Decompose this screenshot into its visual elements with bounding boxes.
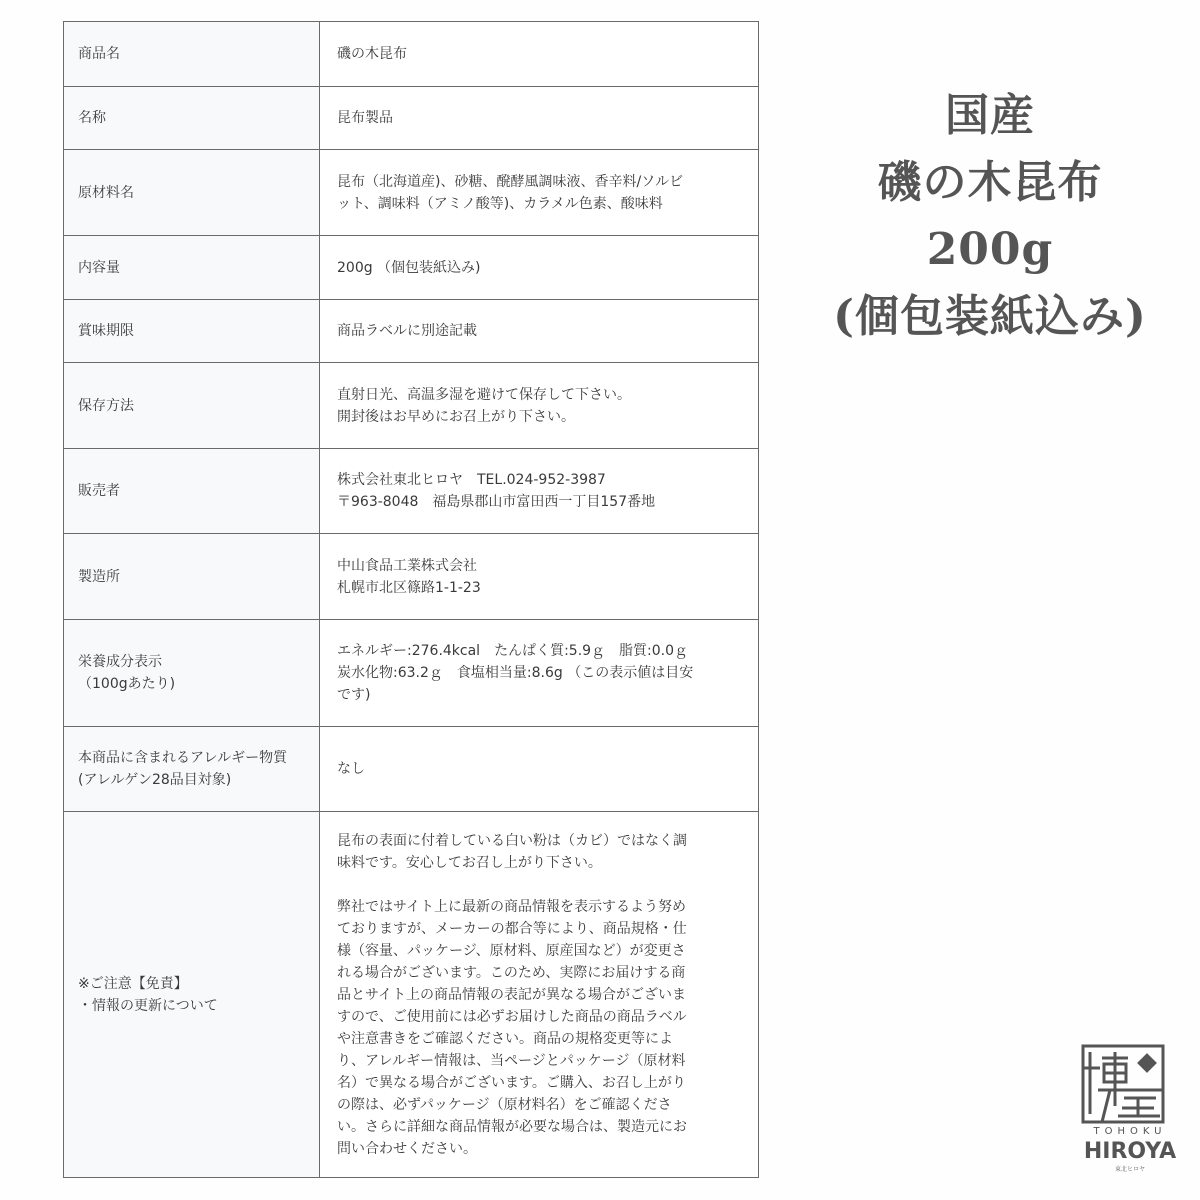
spec-value: 昆布（北海道産)、砂糖、醗酵風調味液、香辛料/ソルビット、調味料（アミノ酸等)、…: [320, 150, 759, 236]
spec-label-line: 名称: [78, 107, 304, 129]
spec-row: 栄養成分表示（100gあたり)エネルギー:276.4kcal たんぱく質:5.9…: [64, 620, 759, 727]
spec-value-line: 昆布製品: [337, 107, 740, 129]
spec-value-line: 磯の木昆布: [337, 43, 740, 65]
spec-label: 名称: [64, 87, 320, 150]
spec-value-line: ておりますが、メーカーの都合等により、商品規格・仕: [337, 918, 740, 940]
spec-table-body: 商品名磯の木昆布名称昆布製品原材料名昆布（北海道産)、砂糖、醗酵風調味液、香辛料…: [64, 22, 759, 1178]
spec-value-line: 昆布の表面に付着している白い粉は（カビ）ではなく調: [337, 830, 740, 852]
headline-packaging-note: (個包装紙込み): [800, 283, 1180, 350]
spec-value-line: 問い合わせください。: [337, 1138, 740, 1160]
spec-label-line: ・情報の更新について: [78, 995, 304, 1017]
spec-value-line: 中山食品工業株式会社: [337, 555, 740, 577]
spec-row: 本商品に含まれるアレルギー物質(アレルゲン28品目対象)なし: [64, 727, 759, 812]
spec-label-line: 賞味期限: [78, 320, 304, 342]
spec-value: 直射日光、高温多湿を避けて保存して下さい。開封後はお早めにお召上がり下さい。: [320, 363, 759, 449]
spec-row: 原材料名昆布（北海道産)、砂糖、醗酵風調味液、香辛料/ソルビット、調味料（アミノ…: [64, 150, 759, 236]
spec-value-line: い。さらに詳細な商品情報が必要な場合は、製造元にお: [337, 1116, 740, 1138]
spec-label-line: ※ご注意【免責】: [78, 973, 304, 995]
spec-row: ※ご注意【免責】・情報の更新について昆布の表面に付着している白い粉は（カビ）では…: [64, 812, 759, 1178]
spec-label-line: (アレルゲン28品目対象): [78, 769, 304, 791]
headline-origin: 国産: [800, 82, 1180, 149]
spec-value: 商品ラベルに別途記載: [320, 300, 759, 363]
spec-value: 磯の木昆布: [320, 22, 759, 87]
spec-value-line: れる場合がございます。このため、実際にお届けする商: [337, 962, 740, 984]
spec-value-line: エネルギー:276.4kcal たんぱく質:5.9ｇ 脂質:0.0ｇ: [337, 640, 740, 662]
spec-label-line: 原材料名: [78, 182, 304, 204]
spec-value-line: や注意書きをご確認ください。商品の規格変更等によ: [337, 1028, 740, 1050]
spec-row: 商品名磯の木昆布: [64, 22, 759, 87]
spec-row: 製造所中山食品工業株式会社札幌市北区篠路1-1-23: [64, 534, 759, 620]
spec-row: 内容量200g （個包装紙込み): [64, 236, 759, 300]
spec-value: なし: [320, 727, 759, 812]
headline-weight: 200g: [800, 216, 1180, 283]
spec-label-line: （100gあたり): [78, 673, 304, 695]
product-headline: 国産 磯の木昆布 200g (個包装紙込み): [800, 82, 1180, 350]
hiroya-mark-icon: [1080, 1044, 1180, 1124]
spec-value-line: 炭水化物:63.2ｇ 食塩相当量:8.6g （この表示値は目安: [337, 662, 740, 684]
spec-value-line: り、アレルギー情報は、当ページとパッケージ（原材料: [337, 1050, 740, 1072]
spec-label-line: 栄養成分表示: [78, 651, 304, 673]
spec-value-line: 商品ラベルに別途記載: [337, 320, 740, 342]
spec-value-line: 札幌市北区篠路1-1-23: [337, 577, 740, 599]
spec-label: 商品名: [64, 22, 320, 87]
spec-label: 原材料名: [64, 150, 320, 236]
spec-value-line: 直射日光、高温多湿を避けて保存して下さい。: [337, 384, 740, 406]
spec-value: 昆布製品: [320, 87, 759, 150]
spec-label: 栄養成分表示（100gあたり): [64, 620, 320, 727]
spec-label-line: 製造所: [78, 566, 304, 588]
spec-label: 本商品に含まれるアレルギー物質(アレルゲン28品目対象): [64, 727, 320, 812]
spec-label-line: 本商品に含まれるアレルギー物質: [78, 747, 304, 769]
spec-row: 保存方法直射日光、高温多湿を避けて保存して下さい。開封後はお早めにお召上がり下さ…: [64, 363, 759, 449]
spec-value-line: 昆布（北海道産)、砂糖、醗酵風調味液、香辛料/ソルビ: [337, 171, 740, 193]
spec-row: 名称昆布製品: [64, 87, 759, 150]
spec-label: ※ご注意【免責】・情報の更新について: [64, 812, 320, 1178]
spec-value-line: です): [337, 684, 740, 706]
spec-value-line: 株式会社東北ヒロヤ TEL.024-952-3987: [337, 469, 740, 491]
spec-value-line: 200g （個包装紙込み): [337, 257, 740, 279]
headline-product-name: 磯の木昆布: [800, 149, 1180, 216]
spec-value: 株式会社東北ヒロヤ TEL.024-952-3987〒963-8048 福島県郡…: [320, 449, 759, 534]
tohoku-hiroya-logo: TOHOKU HIROYA 東北ヒロヤ: [1080, 1044, 1180, 1176]
spec-label: 賞味期限: [64, 300, 320, 363]
spec-value: 中山食品工業株式会社札幌市北区篠路1-1-23: [320, 534, 759, 620]
spec-value: エネルギー:276.4kcal たんぱく質:5.9ｇ 脂質:0.0ｇ炭水化物:6…: [320, 620, 759, 727]
spec-row: 販売者株式会社東北ヒロヤ TEL.024-952-3987〒963-8048 福…: [64, 449, 759, 534]
spec-value-line: 品とサイト上の商品情報の表記が異なる場合がございま: [337, 984, 740, 1006]
spec-value-line: 開封後はお早めにお召上がり下さい。: [337, 406, 740, 428]
spec-value-line: ット、調味料（アミノ酸等)、カラメル色素、酸味料: [337, 193, 740, 215]
spec-value-line: すので、ご使用前には必ずお届けした商品の商品ラベル: [337, 1006, 740, 1028]
spec-label: 保存方法: [64, 363, 320, 449]
spec-value-line: [337, 874, 740, 896]
spec-row: 賞味期限商品ラベルに別途記載: [64, 300, 759, 363]
spec-value-line: 弊社ではサイト上に最新の商品情報を表示するよう努め: [337, 896, 740, 918]
spec-value: 昆布の表面に付着している白い粉は（カビ）ではなく調味料です。安心してお召し上がり…: [320, 812, 759, 1178]
spec-label: 内容量: [64, 236, 320, 300]
spec-label: 販売者: [64, 449, 320, 534]
logo-hiroya-text: HIROYA: [1080, 1139, 1180, 1164]
product-spec-table: 商品名磯の木昆布名称昆布製品原材料名昆布（北海道産)、砂糖、醗酵風調味液、香辛料…: [63, 21, 759, 1178]
spec-value-line: 名）で異なる場合がございます。ご購入、お召し上がり: [337, 1072, 740, 1094]
spec-label: 製造所: [64, 534, 320, 620]
spec-label-line: 販売者: [78, 480, 304, 502]
logo-japanese-text: 東北ヒロヤ: [1080, 1164, 1180, 1173]
spec-label-line: 内容量: [78, 257, 304, 279]
spec-value-line: 〒963-8048 福島県郡山市富田西一丁目157番地: [337, 491, 740, 513]
spec-value-line: 様（容量、パッケージ、原材料、原産国など）が変更さ: [337, 940, 740, 962]
spec-label-line: 保存方法: [78, 395, 304, 417]
spec-value-line: なし: [337, 758, 740, 780]
spec-label-line: 商品名: [78, 43, 304, 65]
spec-value-line: の際は、必ずパッケージ（原材料名）をご確認くださ: [337, 1094, 740, 1116]
spec-value-line: 味料です。安心してお召し上がり下さい。: [337, 852, 740, 874]
spec-value: 200g （個包装紙込み): [320, 236, 759, 300]
logo-tohoku-text: TOHOKU: [1080, 1126, 1180, 1137]
